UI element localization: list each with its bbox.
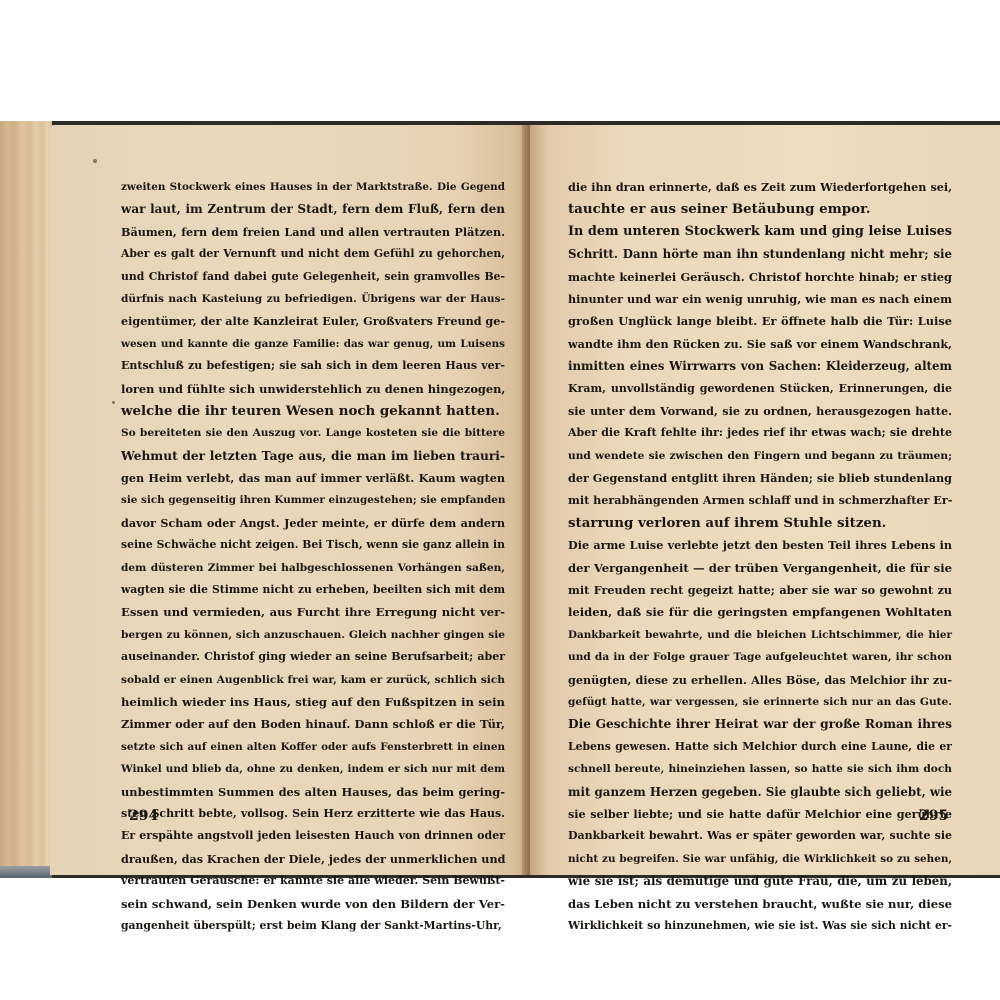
text-line: machte keinerlei Geräusch. Christof horc… — [568, 266, 952, 288]
text-line: der Vergangenheit — der trüben Vergangen… — [568, 557, 952, 579]
text-line: und Christof fand dabei gute Gelegenheit… — [121, 266, 505, 288]
right-page-body-text: die ihn dran erinnerte, daß es Zeit zum … — [568, 176, 952, 937]
text-line: Dankbarkeit bewahrt. Was er später gewor… — [568, 825, 952, 847]
text-line: Schritt. Dann hörte man ihn stundenlang … — [568, 243, 952, 265]
text-line: dem düsteren Zimmer bei halbgeschlossene… — [121, 557, 505, 579]
text-line: zweiten Stockwerk eines Hauses in der Ma… — [121, 176, 505, 198]
text-line: Er erspähte angstvoll jeden leisesten Ha… — [121, 825, 505, 847]
text-line: wagten sie die Stimme nicht zu erheben, … — [121, 579, 505, 601]
paper-speck — [112, 401, 115, 404]
text-line: mit Freuden recht gegeizt hatte; aber si… — [568, 579, 952, 601]
text-line: eigentümer, der alte Kanzleirat Euler, G… — [121, 310, 505, 332]
text-line: war laut, im Zentrum der Stadt, fern dem… — [121, 198, 505, 220]
text-line: davor Scham oder Angst. Jeder meinte, er… — [121, 512, 505, 534]
text-line: die ihn dran erinnerte, daß es Zeit zum … — [568, 176, 952, 198]
text-line: gen Heim verlebt, das man auf immer verl… — [121, 467, 505, 489]
text-line: loren und fühlte sich unwiderstehlich zu… — [121, 378, 505, 400]
text-line: setzte sich auf einen alten Koffer oder … — [121, 736, 505, 758]
text-line: auseinander. Christof ging wieder an sei… — [121, 646, 505, 668]
page-edges — [0, 121, 52, 878]
right-page: die ihn dran erinnerte, daß es Zeit zum … — [530, 125, 1000, 875]
text-line: Aber die Kraft fehlte ihr: jedes rief ih… — [568, 422, 952, 444]
text-line: sie selber liebte; und sie hatte dafür M… — [568, 803, 952, 825]
text-line: großen Unglück lange bleibt. Er öffnete … — [568, 310, 952, 332]
text-line: leiden, daß sie für die geringsten empfa… — [568, 601, 952, 623]
text-line: bergen zu können, sich anzuschauen. Glei… — [121, 624, 505, 646]
text-line: und wendete sie zwischen den Fingern und… — [568, 445, 952, 467]
text-line: schnell bereute, hineinziehen lassen, so… — [568, 758, 952, 780]
text-line: nicht zu begreifen. Sie war unfähig, die… — [568, 848, 952, 870]
left-page-number: 294 — [129, 808, 158, 824]
text-line: starrung verloren auf ihrem Stuhle sitze… — [568, 512, 952, 534]
text-line: das Leben nicht zu verstehen braucht, wu… — [568, 893, 952, 915]
text-line: Aber es galt der Vernunft und nicht dem … — [121, 243, 505, 265]
text-line: hinunter und war ein wenig unruhig, wie … — [568, 288, 952, 310]
text-line: Die arme Luise verlebte jetzt den besten… — [568, 534, 952, 556]
text-line: Dankbarkeit bewahrte, und die bleichen L… — [568, 624, 952, 646]
text-line: Kram, unvollständig gewordenen Stücken, … — [568, 378, 952, 400]
text-line: Entschluß zu befestigen; sie sah sich in… — [121, 355, 505, 377]
text-line: mit ganzem Herzen gegeben. Sie glaubte s… — [568, 781, 952, 803]
text-line: sein schwand, sein Denken wurde von den … — [121, 893, 505, 915]
text-line: genügten, diese zu erhellen. Alles Böse,… — [568, 669, 952, 691]
text-line: Essen und vermieden, aus Furcht ihre Err… — [121, 601, 505, 623]
text-line: wandte ihm den Rücken zu. Sie saß vor ei… — [568, 333, 952, 355]
paper-speck — [93, 159, 97, 163]
text-line: heimlich wieder ins Haus, stieg auf den … — [121, 691, 505, 713]
text-line: sobald er einen Augenblick frei war, kam… — [121, 669, 505, 691]
text-line: Wirklichkeit so hinzunehmen, wie sie ist… — [568, 915, 952, 937]
left-page-body-text: zweiten Stockwerk eines Hauses in der Ma… — [121, 176, 505, 937]
text-line: wie sie ist; als demütige und gute Frau,… — [568, 870, 952, 892]
text-line: dürfnis nach Kasteiung zu befriedigen. Ü… — [121, 288, 505, 310]
text-line: vertrauten Geräusche: er kannte sie alle… — [121, 870, 505, 892]
text-line: sten Schritt bebte, vollsog. Sein Herz e… — [121, 803, 505, 825]
photo-scene: zweiten Stockwerk eines Hauses in der Ma… — [0, 0, 1000, 1000]
text-line: Bäumen, fern dem freien Land und allen v… — [121, 221, 505, 243]
text-line: Winkel und blieb da, ohne zu denken, ind… — [121, 758, 505, 780]
text-line: inmitten eines Wirrwarrs von Sachen: Kle… — [568, 355, 952, 377]
text-line: welche die ihr teuren Wesen noch gekannt… — [121, 400, 505, 422]
text-line: draußen, das Krachen der Diele, jedes de… — [121, 848, 505, 870]
text-line: tauchte er aus seiner Betäubung empor. — [568, 198, 952, 220]
text-line: unbestimmten Summen des alten Hauses, da… — [121, 781, 505, 803]
text-line: seine Schwäche nicht zeigen. Bei Tisch, … — [121, 534, 505, 556]
right-page-number: 295 — [919, 808, 948, 824]
text-line: sie unter dem Vorwand, sie zu ordnen, he… — [568, 400, 952, 422]
open-book: zweiten Stockwerk eines Hauses in der Ma… — [0, 121, 1000, 878]
text-line: sie sich gegenseitig ihren Kummer einzug… — [121, 489, 505, 511]
text-line: Die Geschichte ihrer Heirat war der groß… — [568, 713, 952, 735]
text-line: der Gegenstand entglitt ihren Händen; si… — [568, 467, 952, 489]
text-line: mit herabhängenden Armen schlaff und in … — [568, 489, 952, 511]
text-line: Zimmer oder auf den Boden hinauf. Dann s… — [121, 713, 505, 735]
text-line: wesen und kannte die ganze Familie: das … — [121, 333, 505, 355]
left-page: zweiten Stockwerk eines Hauses in der Ma… — [50, 125, 528, 875]
text-line: gangenheit überspült; erst beim Klang de… — [121, 915, 505, 937]
text-line: So bereiteten sie den Auszug vor. Lange … — [121, 422, 505, 444]
text-line: und da in der Folge grauer Tage aufgeleu… — [568, 646, 952, 668]
text-line: In dem unteren Stockwerk kam und ging le… — [568, 221, 952, 243]
text-line: Lebens gewesen. Hatte sich Melchior durc… — [568, 736, 952, 758]
text-line: gefügt hatte, war vergessen, sie erinner… — [568, 691, 952, 713]
text-line: Wehmut der letzten Tage aus, die man im … — [121, 445, 505, 467]
